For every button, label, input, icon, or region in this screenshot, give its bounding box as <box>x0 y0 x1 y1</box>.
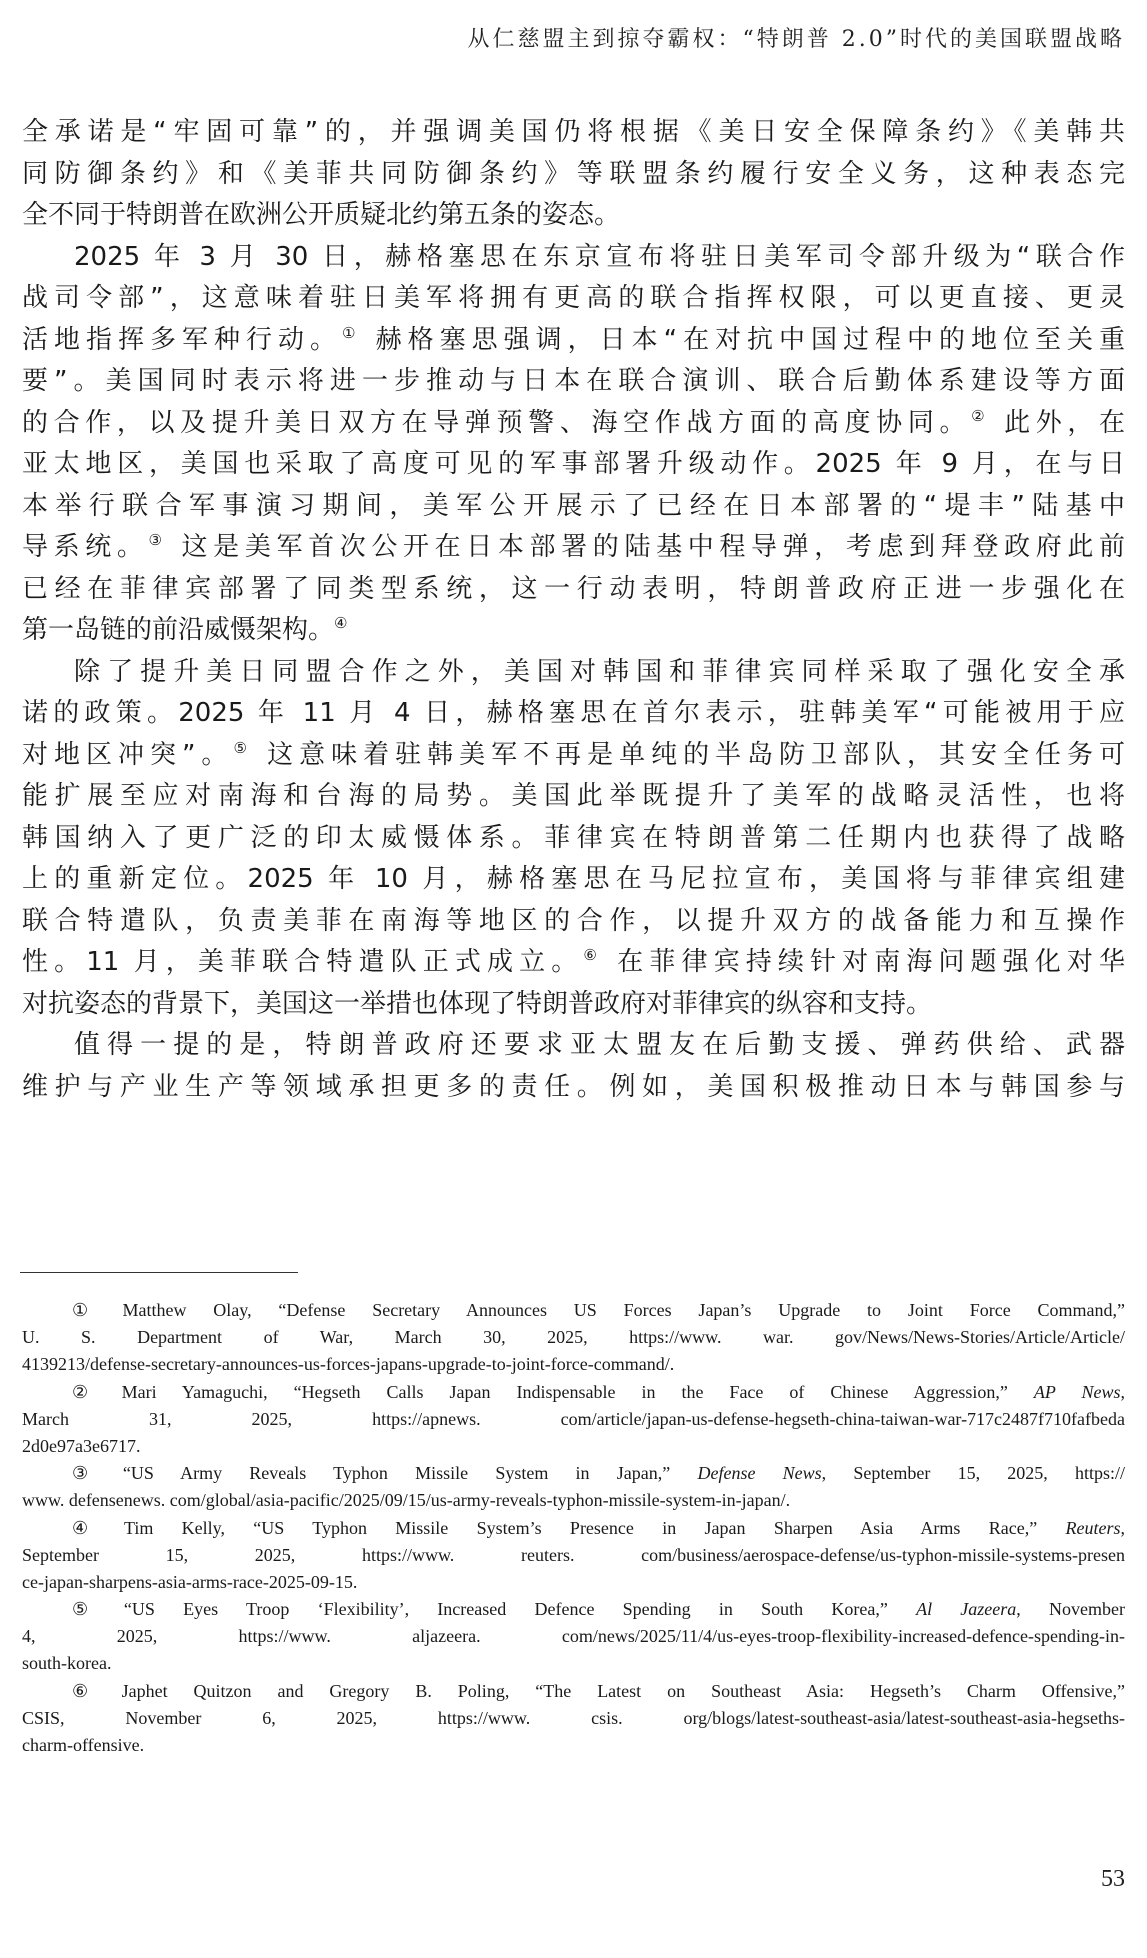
footnote-line: ③“US Army Reveals Typhon Missile System … <box>22 1460 1125 1487</box>
body-line-text: 已经在菲律宾部署了同类型系统，这一行动表明，特朗普政府正进一步强化在 <box>22 574 1125 604</box>
footnote-text: 4139213/defense-secretary-announces-us-f… <box>22 1354 674 1374</box>
footnote-text: Tim Kelly, “US Typhon Missile System’s P… <box>124 1518 1066 1538</box>
page-number: 53 <box>1101 1866 1125 1893</box>
body-line-text: 联合特遣队，负责美菲在南海等地区的合作，以提升双方的战备能力和互操作 <box>22 906 1125 936</box>
footnote-mark: ④ <box>72 1518 112 1538</box>
footnote-line: ②Mari Yamaguchi, “Hegseth Calls Japan In… <box>22 1379 1125 1406</box>
footnote: ②Mari Yamaguchi, “Hegseth Calls Japan In… <box>22 1379 1125 1461</box>
footnote: ⑤“US Eyes Troop ‘Flexibility’, Increased… <box>22 1596 1125 1678</box>
body-text: 全承诺是“牢固可靠”的，并强调美国仍将根据《美日安全保障条约》《美韩共同防御条约… <box>22 112 1125 1108</box>
body-line-text: 活地指挥多军种行动。 <box>22 325 342 355</box>
footnote-text: , <box>1121 1382 1126 1402</box>
footnote-text: ce-japan-sharpens-asia-arms-race-2025-09… <box>22 1572 357 1592</box>
body-line-text: 同防御条约》和《美菲共同防御条约》等联盟条约履行安全义务，这种表态完 <box>22 159 1125 189</box>
footnote-text: 4, 2025, https://www. aljazeera. com/new… <box>22 1626 1125 1646</box>
footnote-text: , November <box>1016 1599 1125 1619</box>
footnote-reference[interactable]: ③ <box>149 531 168 549</box>
body-line-text: 诺的政策。2025 年 11 月 4 日，赫格塞思在首尔表示，驻韩美军“可能被用… <box>22 698 1125 728</box>
body-line-text: 全承诺是“牢固可靠”的，并强调美国仍将根据《美日安全保障条约》《美韩共 <box>22 117 1125 147</box>
footnote-reference[interactable]: ⑥ <box>583 946 603 964</box>
body-line-text: 值得一提的是，特朗普政府还要求亚太盟友在后勤支援、弹药供给、武器 <box>74 1030 1125 1060</box>
footnote-text: charm-offensive. <box>22 1735 144 1755</box>
body-line: 亚太地区，美国也采取了高度可见的军事部署升级动作。2025 年 9 月，在与日 <box>22 444 1125 486</box>
body-line-text: 在菲律宾持续针对南海问题强化对华 <box>603 947 1125 977</box>
footnote-text: “US Army Reveals Typhon Missile System i… <box>123 1463 698 1483</box>
footnote-reference[interactable]: ② <box>971 407 990 425</box>
body-line: 第一岛链的前沿威慑架构。④ <box>22 610 1125 652</box>
body-line-text: 2025 年 3 月 30 日，赫格塞思在东京宣布将驻日美军司令部升级为“联合作 <box>74 242 1125 272</box>
footnote-line: ④Tim Kelly, “US Typhon Missile System’s … <box>22 1515 1125 1542</box>
footnote-line: 4139213/defense-secretary-announces-us-f… <box>22 1351 1125 1378</box>
body-line: 要”。美国同时表示将进一步推动与日本在联合演训、联合后勤体系建设等方面 <box>22 361 1125 403</box>
body-line: 导系统。③ 这是美军首次公开在日本部署的陆基中程导弹，考虑到拜登政府此前 <box>22 527 1125 569</box>
body-line: 全承诺是“牢固可靠”的，并强调美国仍将根据《美日安全保障条约》《美韩共 <box>22 112 1125 154</box>
body-line: 本举行联合军事演习期间，美军公开展示了已经在日本部署的“堤丰”陆基中 <box>22 486 1125 528</box>
body-line: 战司令部”，这意味着驻日美军将拥有更高的联合指挥权限，可以更直接、更灵 <box>22 278 1125 320</box>
body-line: 2025 年 3 月 30 日，赫格塞思在东京宣布将驻日美军司令部升级为“联合作 <box>22 237 1125 279</box>
footnote-line: September 15, 2025, https://www. reuters… <box>22 1542 1125 1569</box>
body-line-text: 除了提升美日同盟合作之外，美国对韩国和菲律宾同样采取了强化安全承 <box>74 657 1125 687</box>
body-line-text: 全不同于特朗普在欧洲公开质疑北约第五条的姿态。 <box>22 200 620 230</box>
footnote-line: 2d0e97a3e6717. <box>22 1433 1125 1460</box>
body-line-text: 战司令部”，这意味着驻日美军将拥有更高的联合指挥权限，可以更直接、更灵 <box>22 283 1125 313</box>
footnote-text: 2d0e97a3e6717. <box>22 1436 140 1456</box>
footnote-text: CSIS, November 6, 2025, https://www. csi… <box>22 1708 1125 1728</box>
body-line: 全不同于特朗普在欧洲公开质疑北约第五条的姿态。 <box>22 195 1125 237</box>
footnote-reference[interactable]: ⑤ <box>233 739 252 757</box>
running-head: 从仁慈盟主到掠夺霸权：“特朗普 2.0”时代的美国联盟战略 <box>468 22 1125 53</box>
body-line-text: 第一岛链的前沿威慑架构。 <box>22 615 334 645</box>
footnote-line: 4, 2025, https://www. aljazeera. com/new… <box>22 1623 1125 1650</box>
footnote-line: U. S. Department of War, March 30, 2025,… <box>22 1324 1125 1351</box>
footnote-text: , <box>1121 1518 1126 1538</box>
body-line-text: 此外，在 <box>990 408 1125 438</box>
footnote-line: CSIS, November 6, 2025, https://www. csi… <box>22 1705 1125 1732</box>
body-line: 同防御条约》和《美菲共同防御条约》等联盟条约履行安全义务，这种表态完 <box>22 154 1125 196</box>
footnote-mark: ③ <box>72 1463 111 1483</box>
footnote-source-title: Reuters <box>1066 1518 1121 1538</box>
body-line-text: 的合作，以及提升美日双方在导弹预警、海空作战方面的高度协同。 <box>22 408 971 438</box>
footnote-reference[interactable]: ④ <box>334 614 347 632</box>
body-line-text: 对抗姿态的背景下，美国这一举措也体现了特朗普政府对菲律宾的纵容和支持。 <box>22 989 932 1019</box>
body-line: 的合作，以及提升美日双方在导弹预警、海空作战方面的高度协同。② 此外，在 <box>22 403 1125 445</box>
body-line: 值得一提的是，特朗普政府还要求亚太盟友在后勤支援、弹药供给、武器 <box>22 1025 1125 1067</box>
footnote-line: charm-offensive. <box>22 1732 1125 1759</box>
body-line: 上的重新定位。2025 年 10 月，赫格塞思在马尼拉宣布，美国将与菲律宾组建 <box>22 859 1125 901</box>
body-line: 除了提升美日同盟合作之外，美国对韩国和菲律宾同样采取了强化安全承 <box>22 652 1125 694</box>
footnote-text: Japhet Quitzon and Gregory B. Poling, “T… <box>122 1681 1125 1701</box>
footnote-line: March 31, 2025, https://apnews. com/arti… <box>22 1406 1125 1433</box>
body-line-text: 赫格塞思强调，日本“在对抗中国过程中的地位至关重 <box>361 325 1125 355</box>
footnote-line: south-korea. <box>22 1650 1125 1677</box>
body-line-text: 本举行联合军事演习期间，美军公开展示了已经在日本部署的“堤丰”陆基中 <box>22 491 1125 521</box>
footnote-line: www. defensenews. com/global/asia-pacifi… <box>22 1487 1125 1514</box>
body-line-text: 性。11 月，美菲联合特遣队正式成立。 <box>22 947 583 977</box>
footnote-text: Matthew Olay, “Defense Secretary Announc… <box>122 1300 1125 1320</box>
footnote-line: ⑥Japhet Quitzon and Gregory B. Poling, “… <box>22 1678 1125 1705</box>
footnote: ③“US Army Reveals Typhon Missile System … <box>22 1460 1125 1514</box>
body-line: 维护与产业生产等领域承担更多的责任。例如，美国积极推动日本与韩国参与 <box>22 1067 1125 1109</box>
footnote-text: “US Eyes Troop ‘Flexibility’, Increased … <box>124 1599 916 1619</box>
footnote-mark: ① <box>72 1300 110 1320</box>
footnote-text: www. defensenews. com/global/asia-pacifi… <box>22 1490 790 1510</box>
body-line: 性。11 月，美菲联合特遣队正式成立。⑥ 在菲律宾持续针对南海问题强化对华 <box>22 942 1125 984</box>
footnote-source-title: Defense News <box>697 1463 821 1483</box>
body-line-text: 要”。美国同时表示将进一步推动与日本在联合演训、联合后勤体系建设等方面 <box>22 366 1125 396</box>
body-line: 对地区冲突”。⑤ 这意味着驻韩美军不再是单纯的半岛防卫部队，其安全任务可 <box>22 735 1125 777</box>
footnote-line: ①Matthew Olay, “Defense Secretary Announ… <box>22 1297 1125 1324</box>
footnote-text: , September 15, 2025, https:// <box>822 1463 1125 1483</box>
body-line-text: 上的重新定位。2025 年 10 月，赫格塞思在马尼拉宣布，美国将与菲律宾组建 <box>22 864 1125 894</box>
footnote-text: Mari Yamaguchi, “Hegseth Calls Japan Ind… <box>122 1382 1034 1402</box>
footnote-mark: ⑤ <box>72 1599 112 1619</box>
body-line: 活地指挥多军种行动。① 赫格塞思强调，日本“在对抗中国过程中的地位至关重 <box>22 320 1125 362</box>
body-line-text: 韩国纳入了更广泛的印太威慑体系。菲律宾在特朗普第二任期内也获得了战略 <box>22 823 1125 853</box>
footnote-text: south-korea. <box>22 1653 111 1673</box>
footnote: ④Tim Kelly, “US Typhon Missile System’s … <box>22 1515 1125 1597</box>
footnote-separator <box>20 1272 298 1273</box>
footnote-mark: ⑥ <box>72 1681 110 1701</box>
footnote-text: September 15, 2025, https://www. reuters… <box>22 1545 1125 1565</box>
footnotes: ①Matthew Olay, “Defense Secretary Announ… <box>22 1297 1125 1759</box>
footnote-line: ce-japan-sharpens-asia-arms-race-2025-09… <box>22 1569 1125 1596</box>
body-line-text: 能扩展至应对南海和台海的局势。美国此举既提升了美军的战略灵活性，也将 <box>22 781 1125 811</box>
body-line-text: 导系统。 <box>22 532 149 562</box>
body-line: 已经在菲律宾部署了同类型系统，这一行动表明，特朗普政府正进一步强化在 <box>22 569 1125 611</box>
body-line-text: 亚太地区，美国也采取了高度可见的军事部署升级动作。2025 年 9 月，在与日 <box>22 449 1125 479</box>
footnote-reference[interactable]: ① <box>342 324 361 342</box>
footnote: ①Matthew Olay, “Defense Secretary Announ… <box>22 1297 1125 1379</box>
footnote-line: ⑤“US Eyes Troop ‘Flexibility’, Increased… <box>22 1596 1125 1623</box>
footnote: ⑥Japhet Quitzon and Gregory B. Poling, “… <box>22 1678 1125 1760</box>
footnote-text: U. S. Department of War, March 30, 2025,… <box>22 1327 1125 1347</box>
footnote-source-title: AP News <box>1034 1382 1121 1402</box>
body-line: 诺的政策。2025 年 11 月 4 日，赫格塞思在首尔表示，驻韩美军“可能被用… <box>22 693 1125 735</box>
footnote-text: March 31, 2025, https://apnews. com/arti… <box>22 1409 1125 1429</box>
body-line: 联合特遣队，负责美菲在南海等地区的合作，以提升双方的战备能力和互操作 <box>22 901 1125 943</box>
body-line-text: 这是美军首次公开在日本部署的陆基中程导弹，考虑到拜登政府此前 <box>168 532 1125 562</box>
body-line-text: 这意味着驻韩美军不再是单纯的半岛防卫部队，其安全任务可 <box>253 740 1125 770</box>
footnote-source-title: Al Jazeera <box>916 1599 1016 1619</box>
body-line: 对抗姿态的背景下，美国这一举措也体现了特朗普政府对菲律宾的纵容和支持。 <box>22 984 1125 1026</box>
body-line: 韩国纳入了更广泛的印太威慑体系。菲律宾在特朗普第二任期内也获得了战略 <box>22 818 1125 860</box>
body-line-text: 对地区冲突”。 <box>22 740 233 770</box>
footnote-mark: ② <box>72 1382 110 1402</box>
body-line: 能扩展至应对南海和台海的局势。美国此举既提升了美军的战略灵活性，也将 <box>22 776 1125 818</box>
body-line-text: 维护与产业生产等领域承担更多的责任。例如，美国积极推动日本与韩国参与 <box>22 1072 1125 1102</box>
